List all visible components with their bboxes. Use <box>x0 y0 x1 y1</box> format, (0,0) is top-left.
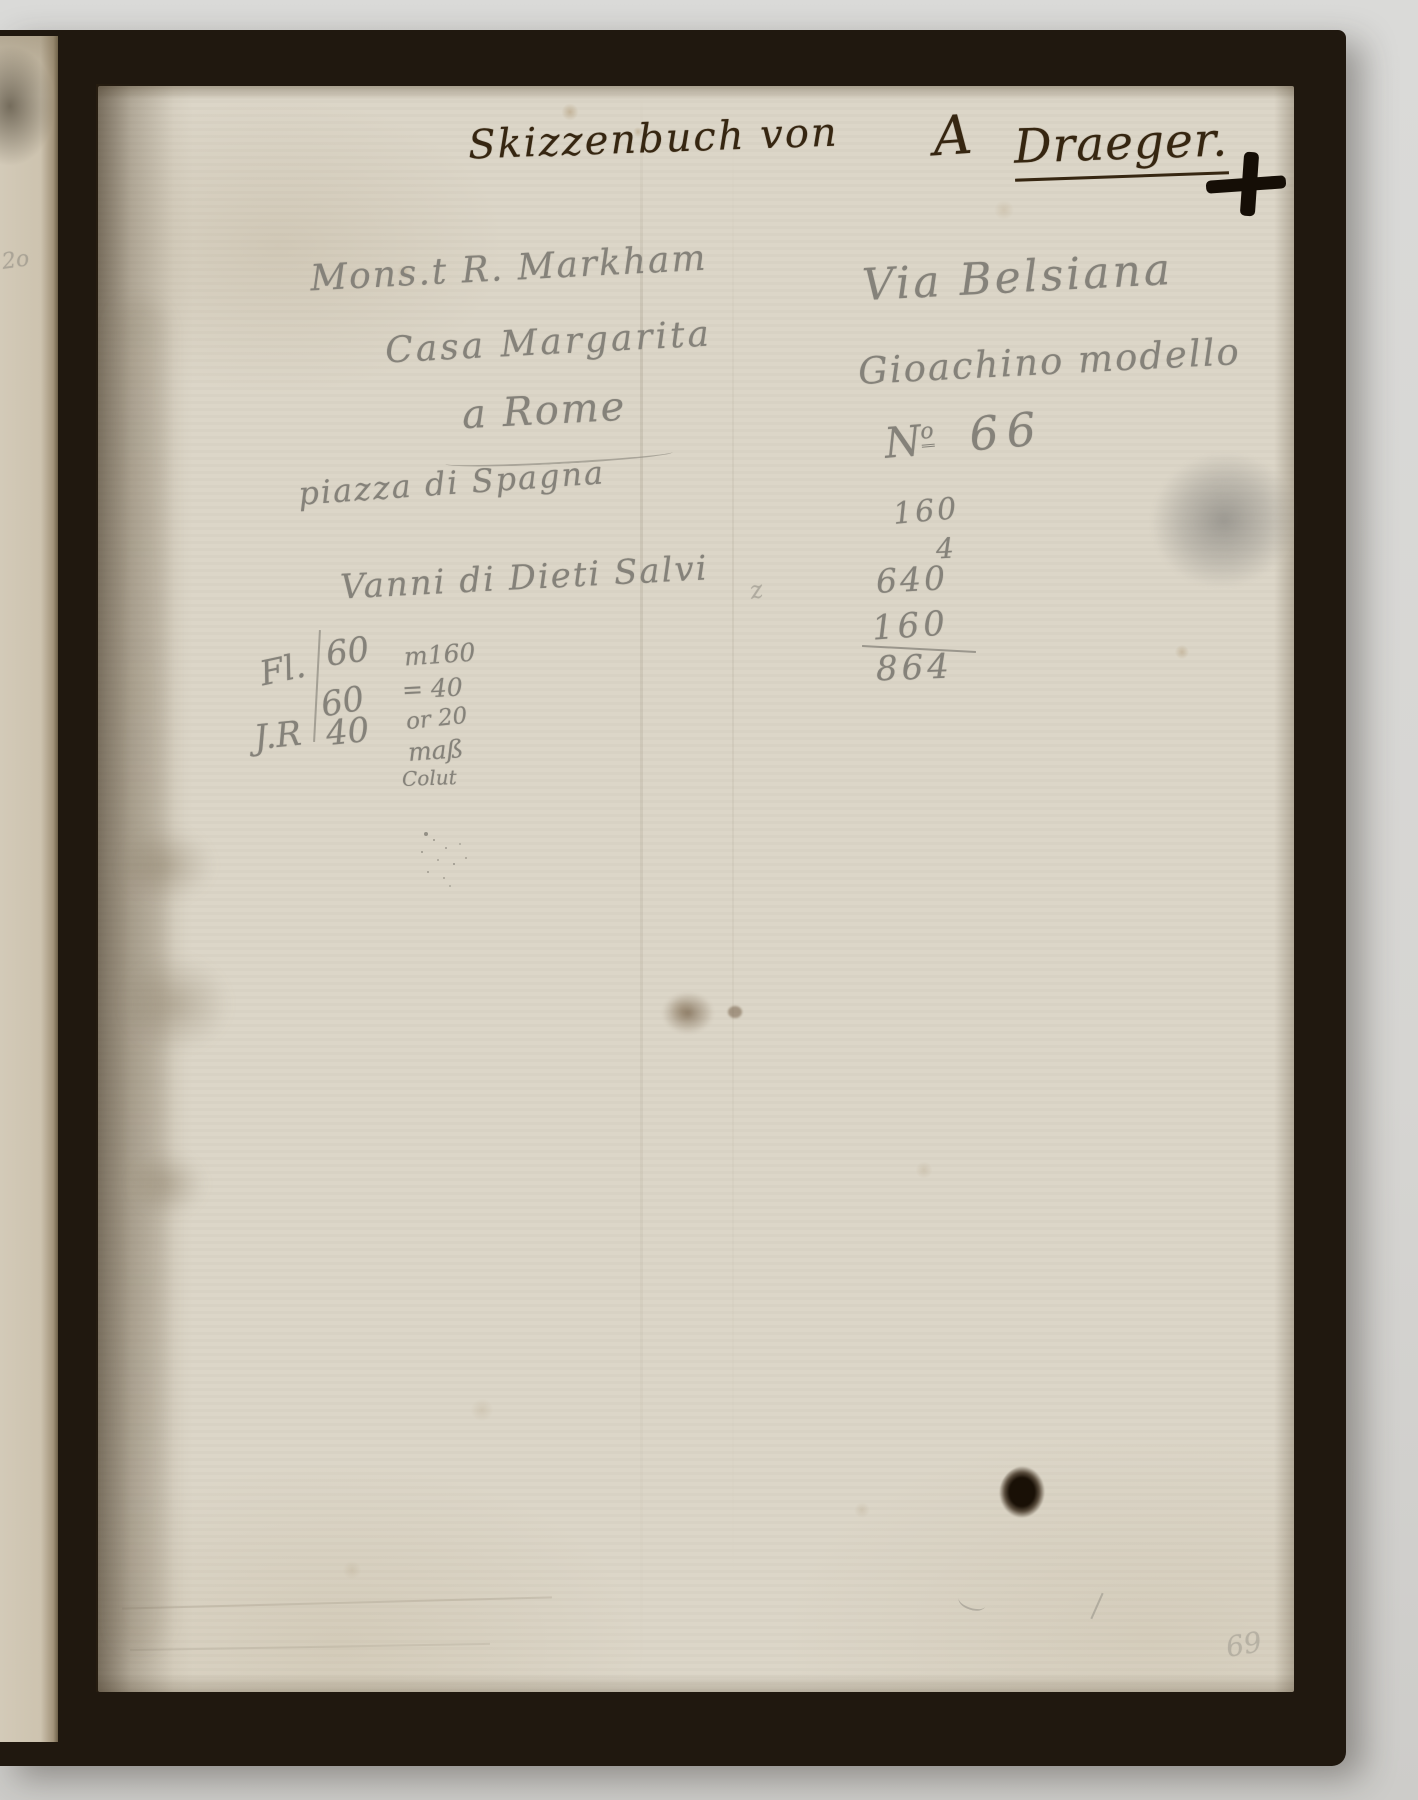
ink-cross-mark <box>1206 152 1292 218</box>
account-note-5: Colut <box>402 765 457 791</box>
fore-edge-pencil-fragment: 2o <box>0 246 30 275</box>
account-note-4: maß <box>407 734 464 767</box>
account-note-1: m160 <box>403 638 476 672</box>
page-fore-edges: 2o <box>0 36 58 1742</box>
title-owner-initial: A <box>931 103 974 169</box>
operand-4: 160 <box>871 603 951 648</box>
operand-3: 640 <box>875 558 949 601</box>
arithmetic-total: 864 <box>875 647 953 690</box>
damp-stain <box>128 1152 206 1216</box>
crease-line <box>732 120 734 1620</box>
photograph: 2o Skizzenbuch von A Draeger. Mons.t R. … <box>0 0 1418 1800</box>
title-owner-surname: Draeger. <box>1013 112 1229 181</box>
operand-1: 160 <box>892 491 961 532</box>
damp-stain <box>118 828 214 902</box>
recipient-line-3: a Rome <box>461 384 628 439</box>
second-amount: 40 <box>324 710 371 754</box>
faint-page-number: 69 <box>1223 1625 1264 1664</box>
cross-horizontal-stroke <box>1206 175 1287 194</box>
account-note-2: = 40 <box>401 672 463 704</box>
damp-stain <box>120 956 230 1052</box>
foxing-spot <box>728 1006 742 1018</box>
second-label: J.R <box>252 714 303 759</box>
amount-1: 60 <box>323 629 371 675</box>
number-prefix: N <box>882 416 923 468</box>
number-superscript: o <box>919 419 935 448</box>
pencil-speckles <box>424 832 428 836</box>
address-number: 66 <box>967 401 1046 461</box>
foxing-spot <box>662 992 714 1034</box>
